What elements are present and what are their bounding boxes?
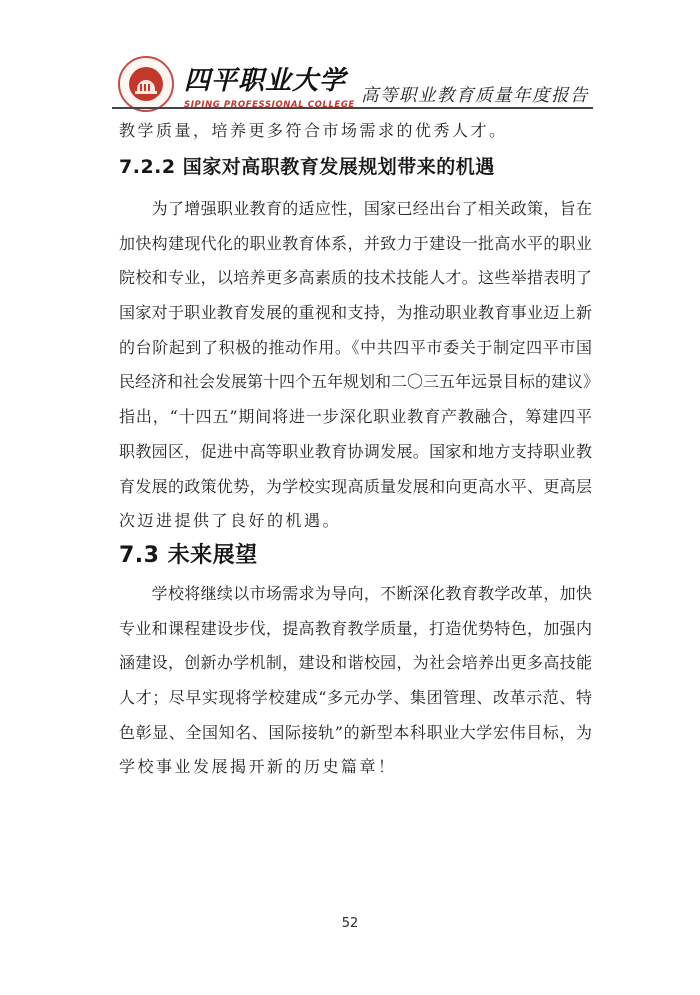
paragraph-line: 为了增强职业教育的适应性，国家已经出台了相关政策，旨在 — [119, 192, 592, 227]
college-name-zh: 四平职业大学 — [184, 60, 355, 97]
paragraph-line: 人才；尽早实现将学校建成“多元办学、集团管理、改革示范、特 — [119, 681, 592, 716]
paragraph-continuation-line: 教学质量，培养更多符合市场需求的优秀人才。 — [119, 119, 592, 143]
college-logotype: 四平职业大学 SIPING PROFESSIONAL COLLEGE — [184, 60, 355, 110]
paragraph-line: 涵建设，创新办学机制，建设和谐校园，为社会培养出更多高技能 — [119, 646, 592, 681]
paragraph-line: 次迈进提供了良好的机遇。 — [119, 504, 592, 539]
section-heading-7-3: 7.3 未来展望 — [119, 538, 619, 569]
section-heading-7-2-2: 7.2.2 国家对高职教育发展规划带来的机遇 — [119, 152, 619, 179]
header-divider — [112, 107, 593, 109]
seal-gate-base-icon — [135, 91, 157, 94]
page-header: 四平职业大学 SIPING PROFESSIONAL COLLEGE 高等职业教… — [0, 0, 700, 115]
paragraph-line: 指出，“十四五”期间将进一步深化职业教育产教融合，筹建四平 — [119, 400, 592, 435]
paragraph-line: 学校将继续以市场需求为导向，不断深化教育教学改革，加快 — [119, 577, 592, 612]
paragraph-line: 加快构建现代化的职业教育体系，并致力于建设一批高水平的职业 — [119, 227, 592, 262]
paragraph-line: 育发展的政策优势，为学校实现高质量发展和向更高水平、更高层 — [119, 470, 592, 505]
seal-gate-columns-icon — [140, 84, 152, 91]
college-seal-logo — [118, 56, 174, 112]
paragraph-line: 的台阶起到了积极的推动作用。《中共四平市委关于制定四平市国 — [119, 331, 592, 366]
paragraph-line: 职教园区，促进中高等职业教育协调发展。国家和地方支持职业教 — [119, 435, 592, 470]
page-number: 52 — [0, 916, 700, 931]
paragraph-line: 国家对于职业教育发展的重视和支持，为推动职业教育事业迈上新 — [119, 296, 592, 331]
paragraph-line: 民经济和社会发展第十四个五年规划和二〇三五年远景目标的建议》 — [119, 365, 592, 400]
paragraph-line: 色彰显、全国知名、国际接轨”的新型本科职业大学宏伟目标，为 — [119, 716, 592, 751]
section-7-3-paragraph: 学校将继续以市场需求为导向，不断深化教育教学改革，加快 专业和课程建设步伐，提高… — [119, 577, 592, 785]
document-page: 四平职业大学 SIPING PROFESSIONAL COLLEGE 高等职业教… — [0, 0, 700, 995]
report-title: 高等职业教育质量年度报告 — [361, 82, 589, 107]
paragraph-line: 院校和专业，以培养更多高素质的技术技能人才。这些举措表明了 — [119, 261, 592, 296]
paragraph-line: 学校事业发展揭开新的历史篇章！ — [119, 750, 592, 785]
section-7-2-2-paragraph: 为了增强职业教育的适应性，国家已经出台了相关政策，旨在 加快构建现代化的职业教育… — [119, 192, 592, 539]
paragraph-line: 专业和课程建设步伐，提高教育教学质量，打造优势特色，加强内 — [119, 612, 592, 647]
